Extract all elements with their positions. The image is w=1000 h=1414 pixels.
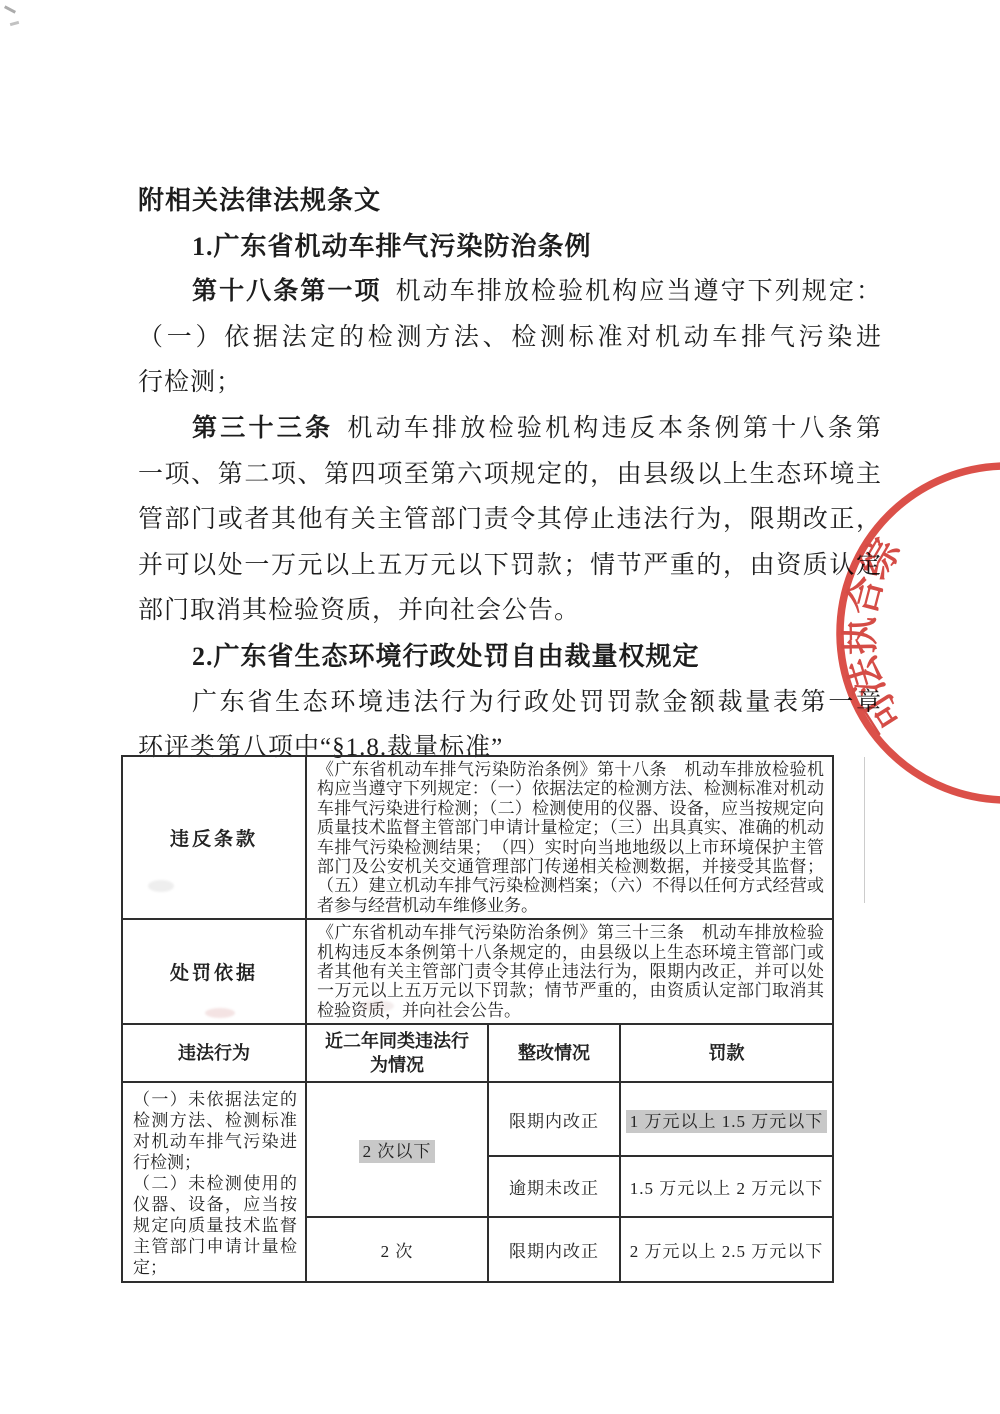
header-fine: 罚款 [620,1024,833,1082]
fine-tier1-cell: 1 万元以上 1.5 万元以下 [620,1082,833,1156]
article33-text: 机动车排放检验机构违反本条例第十八条第 [347,415,882,442]
document-body: 附相关法律法规条文 1.广东省机动车排气污染防治条例 第十八条第一项机动车排放检… [138,178,882,771]
article33-line3: 管部门或者其他有关主管部门责令其停止违法行为，限期改正， [138,497,882,543]
correction-tier1: 限期内改正 [488,1082,620,1156]
doc-title: 附相关法律法规条文 [138,178,882,224]
illegal-act-1: （一）未依据法定的检测方法、检测标准对机动车排气污染进行检测； [133,1089,297,1173]
row-tier1: （一）未依据法定的检测方法、检测标准对机动车排气污染进行检测； （二）未检测使用… [122,1082,833,1156]
fine-tier2: 1.5 万元以上 2 万元以下 [620,1156,833,1217]
violation-clause-content: 《广东省机动车排气污染防治条例》第十八条 机动车排放检验机构应当遵守下列规定：（… [306,756,833,919]
correction-tier2: 逾期未改正 [488,1156,620,1217]
row-penalty-basis: 处罚依据 《广东省机动车排气污染防治条例》第三十三条 机动车排放检验机构违反本条… [122,919,833,1024]
article33-label: 第三十三条 [192,415,333,442]
recurrence-low-cell: 2 次以下 [306,1082,488,1217]
header-illegal-act: 违法行为 [122,1024,306,1082]
scanned-legal-document-page: { "body": { "title": "附相关法律法规条文", "s1_he… [0,0,1000,1414]
correction-tier3: 限期内改正 [488,1217,620,1282]
fine-tier1-highlight: 1 万元以上 1.5 万元以下 [626,1110,828,1133]
row-subtable-header: 违法行为 近二年同类违法行为情况 整改情况 罚款 [122,1024,833,1082]
article33-line5: 部门取消其检验资质，并向社会公告。 [138,588,882,634]
article33-line4: 并可以处一万元以上五万元以下罚款；情节严重的，由资质认定 [138,543,882,589]
recurrence-high-cell: 2 次 [306,1217,488,1282]
article33-line2: 一项、第二项、第四项至第六项规定的，由县级以上生态环境主 [138,452,882,498]
violation-clause-label: 违反条款 [122,756,306,919]
fine-tier3: 2 万元以上 2.5 万元以下 [620,1217,833,1282]
illegal-acts-cell: （一）未依据法定的检测方法、检测标准对机动车排气污染进行检测； （二）未检测使用… [122,1082,306,1282]
article18-label: 第十八条第一项 [192,278,382,305]
penalty-standard-table: 违反条款 《广东省机动车排气污染防治条例》第十八条 机动车排放检验机构应当遵守下… [121,755,834,1283]
scan-noise [864,757,865,903]
illegal-act-2: （二）未检测使用的仪器、设备，应当按规定向质量技术监督主管部门申请计量检定； [133,1173,297,1278]
section2-heading: 2.广东省生态环境行政处罚自由裁量权规定 [138,634,882,680]
header-recurrence: 近二年同类违法行为情况 [306,1024,488,1082]
section1-heading: 1.广东省机动车排气污染防治条例 [138,224,882,270]
scan-noise [4,5,16,13]
item1-line2: 行检测； [138,360,882,406]
header-correction: 整改情况 [488,1024,620,1082]
article18-line: 第十八条第一项机动车排放检验机构应当遵守下列规定： [138,269,882,315]
item1-line1: （一）依据法定的检测方法、检测标准对机动车排气污染进 [138,315,882,361]
section2-line1: 广东省生态环境违法行为行政处罚罚款金额裁量表第一章 [138,680,882,726]
penalty-basis-label: 处罚依据 [122,919,306,1024]
penalty-basis-content: 《广东省机动车排气污染防治条例》第三十三条 机动车排放检验机构违反本条例第十八条… [306,919,833,1024]
row-violation-clause: 违反条款 《广东省机动车排气污染防治条例》第十八条 机动车排放检验机构应当遵守下… [122,756,833,919]
article18-text: 机动车排放检验机构应当遵守下列规定： [396,278,882,305]
article33-line1: 第三十三条机动车排放检验机构违反本条例第十八条第 [138,406,882,452]
recurrence-low-highlight: 2 次以下 [359,1140,436,1163]
scan-noise [10,21,19,26]
